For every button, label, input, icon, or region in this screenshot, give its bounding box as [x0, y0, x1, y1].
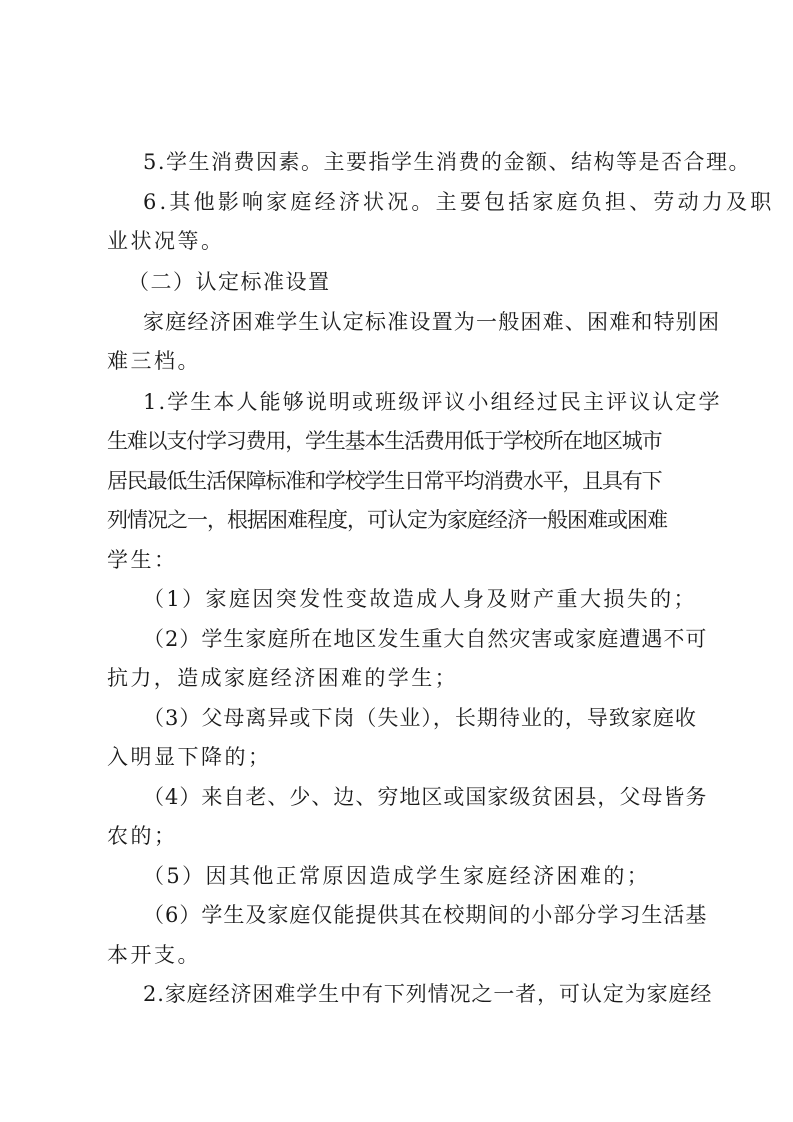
list-item-line: （2）学生家庭所在地区发生重大自然灾害或家庭遭遇不可 [143, 619, 697, 659]
paragraph-line: 学生： [107, 540, 697, 580]
paragraph-line: 2.家庭经济困难学生中有下列情况之一者，可认定为家庭经 [143, 974, 697, 1014]
paragraph-line: 业状况等。 [107, 221, 697, 261]
list-item-line: 抗力，造成家庭经济困难的学生； [107, 658, 697, 698]
list-item-line: （4）来自老、少、边、穷地区或国家级贫困县，父母皆务 [143, 777, 697, 817]
section-heading: （二）认定标准设置 [128, 262, 718, 302]
list-item-line: （6）学生及家庭仅能提供其在校期间的小部分学习生活基 [143, 895, 697, 935]
paragraph-line: 难三档。 [107, 341, 697, 381]
list-item-line: 本开支。 [107, 935, 697, 975]
list-item-line: 入明显下降的； [107, 737, 697, 777]
list-item-line: （3）父母离异或下岗（失业），长期待业的，导致家庭收 [143, 698, 697, 738]
paragraph-line: 6.其他影响家庭经济状况。主要包括家庭负担、劳动力及职 [143, 182, 697, 222]
paragraph-line: 生难以支付学习费用，学生基本生活费用低于学校所在地区城市 [107, 421, 697, 461]
paragraph-line: 1.学生本人能够说明或班级评议小组经过民主评议认定学 [143, 382, 697, 422]
paragraph-line: 5.学生消费因素。主要指学生消费的金额、结构等是否合理。 [143, 142, 697, 182]
document-page: 5.学生消费因素。主要指学生消费的金额、结构等是否合理。 6.其他影响家庭经济状… [0, 0, 793, 1122]
paragraph-line: 列情况之一，根据困难程度，可认定为家庭经济一般困难或困难 [107, 500, 697, 540]
paragraph-line: 居民最低生活保障标准和学校学生日常平均消费水平，且具有下 [107, 461, 697, 501]
list-item-line: 农的； [107, 816, 697, 856]
list-item-line: （1）家庭因突发性变故造成人身及财产重大损失的； [143, 579, 697, 619]
list-item-line: （5）因其他正常原因造成学生家庭经济困难的； [143, 856, 697, 896]
paragraph-line: 家庭经济困难学生认定标准设置为一般困难、困难和特别困 [143, 302, 697, 342]
